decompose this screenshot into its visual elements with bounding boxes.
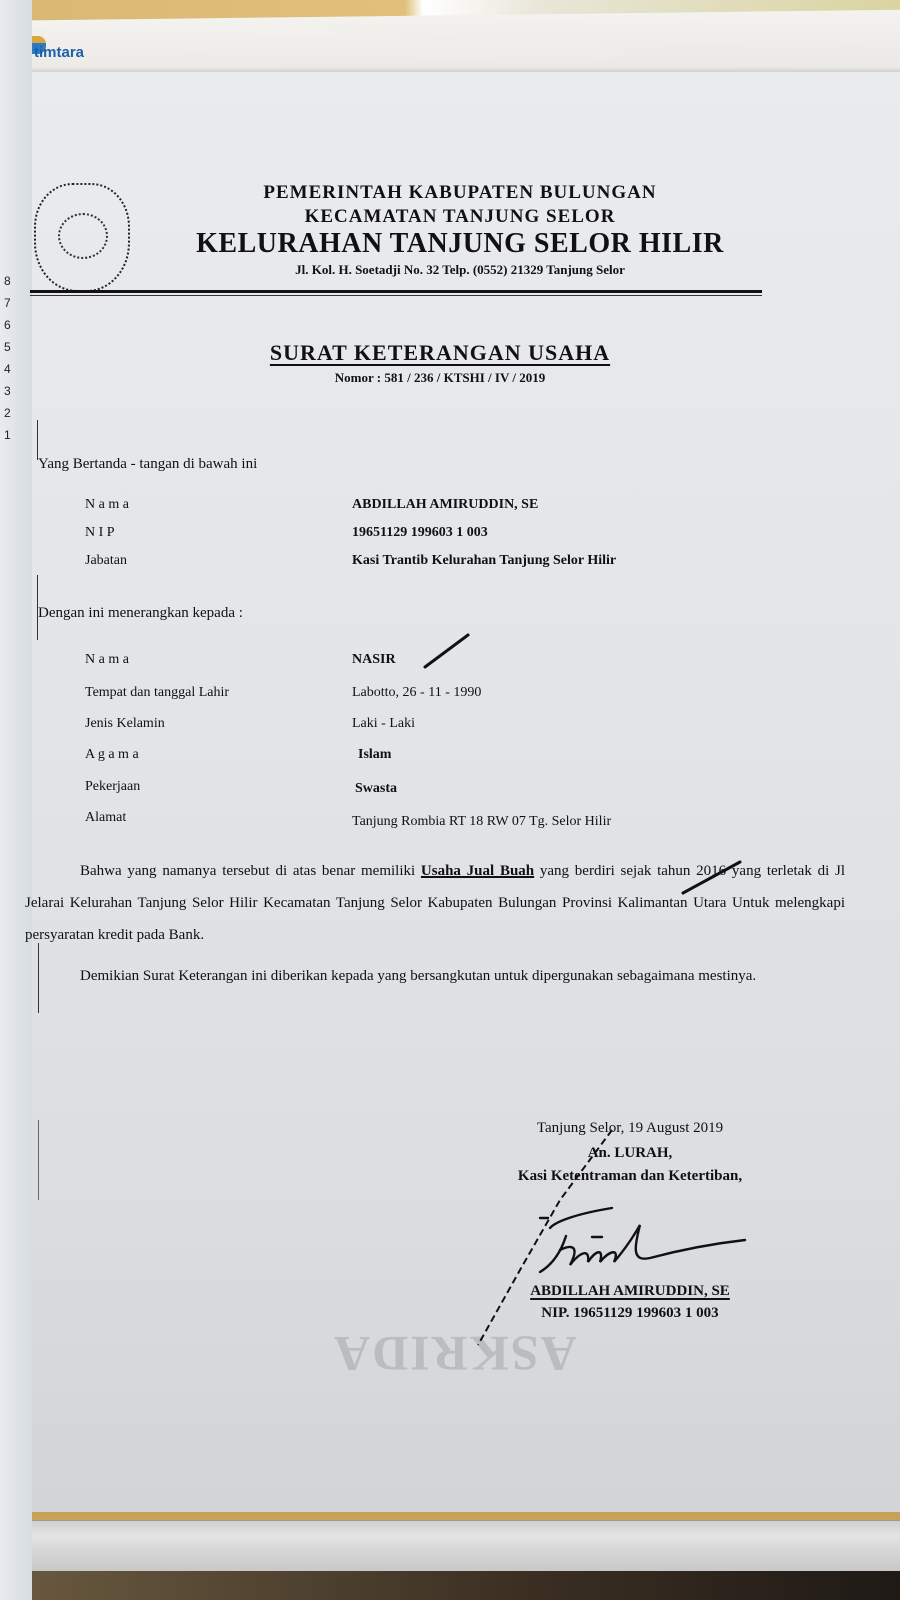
checkmark-icon bbox=[425, 635, 468, 667]
ink-marks bbox=[0, 0, 900, 1600]
strike-mark-icon bbox=[683, 862, 740, 893]
handwritten-signature-icon bbox=[540, 1208, 745, 1272]
